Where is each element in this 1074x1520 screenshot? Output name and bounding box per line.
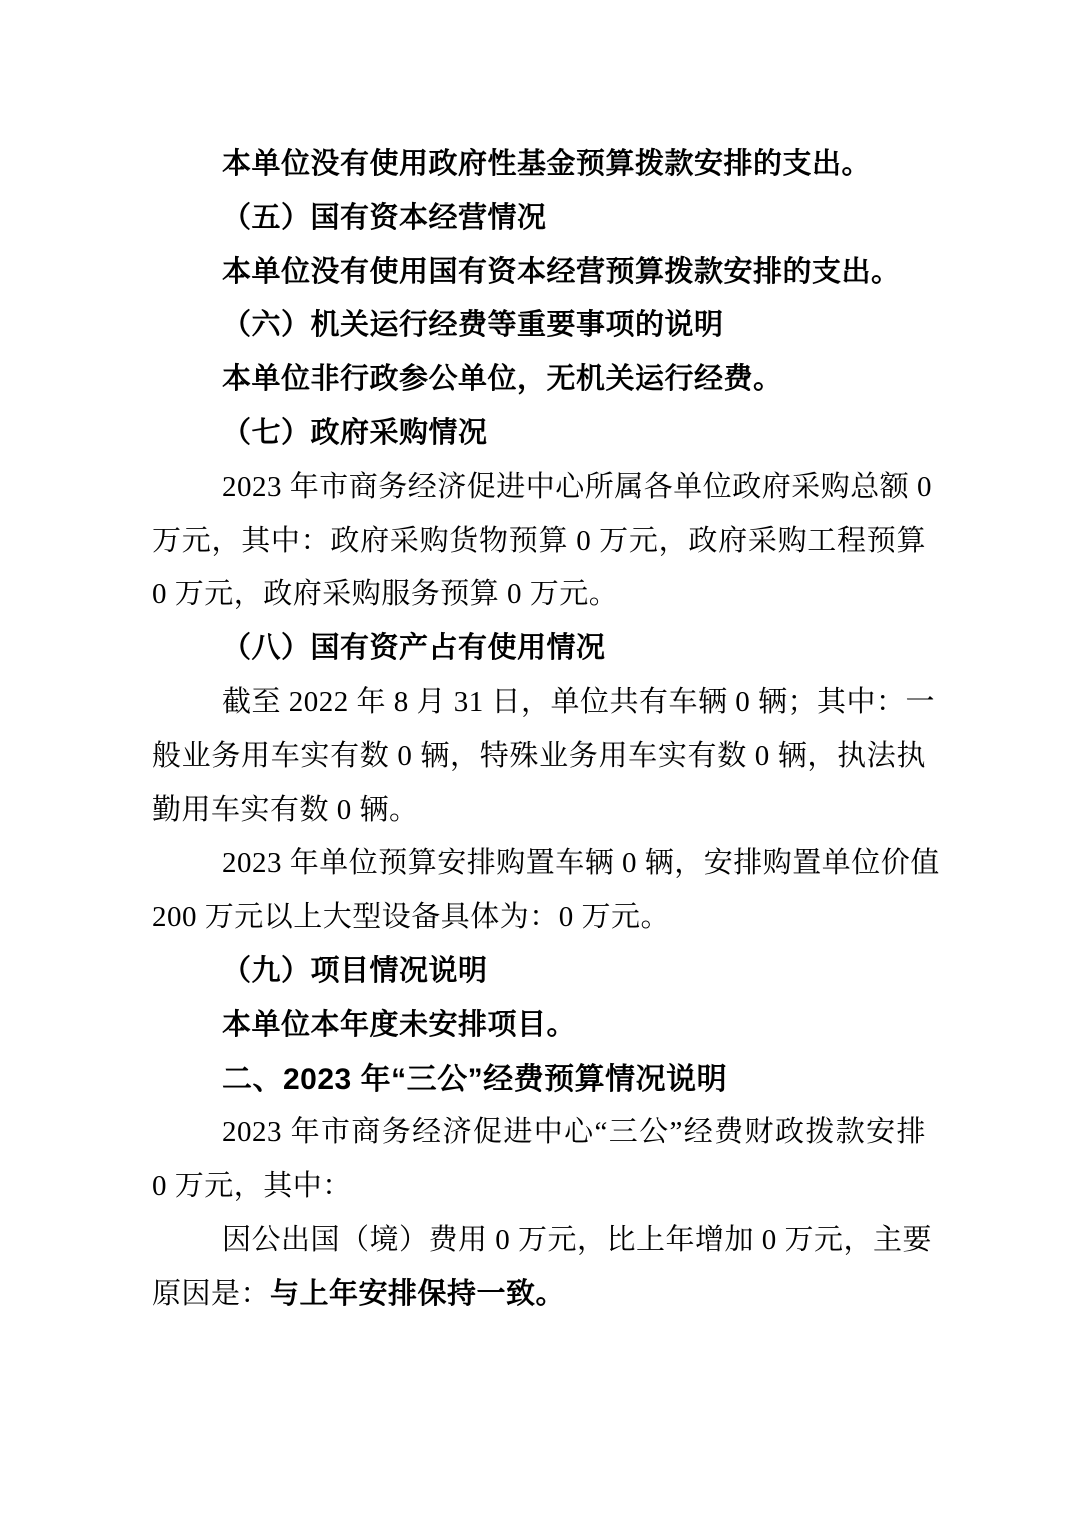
text-segment: 与上年安排保持一致。 [270,1278,565,1310]
text-line: 截至 2022 年 8 月 31 日，单位共有车辆 0 辆；其中：一 [152,676,926,730]
text-line: （七）政府采购情况 [152,407,926,461]
heading-section-seven-procurement: （七）政府采购情况 [152,407,926,461]
text-segment: 200 万元以上大型设备具体为：0 万元。 [152,901,670,933]
text-segment: （八）国有资产占有使用情况 [222,632,606,664]
text-segment: 因公出国（境）费用 0 万元，比上年增加 0 万元，主要 [222,1224,932,1256]
text-segment: 2023 年单位预算安排购置车辆 0 辆，安排购置单位价值 [222,847,940,879]
text-segment: 截至 2022 年 8 月 31 日，单位共有车辆 0 辆；其中：一 [222,686,935,718]
para-vehicle-budget: 2023 年单位预算安排购置车辆 0 辆，安排购置单位价值200 万元以上大型设… [152,837,926,945]
text-segment: 勤用车实有数 0 辆。 [152,794,419,826]
document-page: 本单位没有使用政府性基金预算拨款安排的支出。（五）国有资本经营情况本单位没有使用… [0,0,1074,1520]
text-line: 二、2023 年“三公”经费预算情况说明 [152,1053,926,1107]
heading-section-five-state-capital: （五）国有资本经营情况 [152,192,926,246]
text-segment: （六）机关运行经费等重要事项的说明 [222,309,724,341]
text-segment: 般业务用车实有数 0 辆，特殊业务用车实有数 0 辆，执法执 [152,740,926,772]
text-line: 本单位非行政参公单位，无机关运行经费。 [152,353,926,407]
heading-section-nine-projects: （九）项目情况说明 [152,945,926,999]
text-segment: 万元，其中：政府采购货物预算 0 万元，政府采购工程预算 [152,525,926,557]
text-line: 0 万元，其中： [152,1160,926,1214]
text-line: （九）项目情况说明 [152,945,926,999]
text-line: 勤用车实有数 0 辆。 [152,784,926,838]
text-line: 原因是：与上年安排保持一致。 [152,1268,926,1322]
text-line: （八）国有资产占有使用情况 [152,622,926,676]
heading-section-six-operating-funds: （六）机关运行经费等重要事项的说明 [152,299,926,353]
heading-three-public-funds: 二、2023 年“三公”经费预算情况说明 [152,1053,926,1107]
document-body: 本单位没有使用政府性基金预算拨款安排的支出。（五）国有资本经营情况本单位没有使用… [152,138,926,1322]
text-line: 2023 年市商务经济促进中心“三公”经费财政拨款安排 [152,1106,926,1160]
text-segment: （九）项目情况说明 [222,955,488,987]
text-line: 本单位本年度未安排项目。 [152,999,926,1053]
para-procurement-details: 2023 年市商务经济促进中心所属各单位政府采购总额 0万元，其中：政府采购货物… [152,461,926,622]
text-segment: 本单位没有使用国有资本经营预算拨款安排的支出。 [222,256,901,288]
text-line: 般业务用车实有数 0 辆，特殊业务用车实有数 0 辆，执法执 [152,730,926,784]
text-segment: 2023 年市商务经济促进中心所属各单位政府采购总额 0 [222,471,932,503]
text-segment: （七）政府采购情况 [222,417,488,449]
para-vehicle-status: 截至 2022 年 8 月 31 日，单位共有车辆 0 辆；其中：一般业务用车实… [152,676,926,837]
text-line: 本单位没有使用国有资本经营预算拨款安排的支出。 [152,246,926,300]
heading-section-eight-state-assets: （八）国有资产占有使用情况 [152,622,926,676]
text-line: 0 万元，政府采购服务预算 0 万元。 [152,568,926,622]
text-line: 2023 年单位预算安排购置车辆 0 辆，安排购置单位价值 [152,837,926,891]
text-line: 万元，其中：政府采购货物预算 0 万元，政府采购工程预算 [152,515,926,569]
text-segment: 原因是： [152,1278,270,1310]
para-no-operating-funds: 本单位非行政参公单位，无机关运行经费。 [152,353,926,407]
para-overseas-travel: 因公出国（境）费用 0 万元，比上年增加 0 万元，主要原因是：与上年安排保持一… [152,1214,926,1322]
text-line: 200 万元以上大型设备具体为：0 万元。 [152,891,926,945]
text-line: 2023 年市商务经济促进中心所属各单位政府采购总额 0 [152,461,926,515]
text-segment: 0 万元，政府采购服务预算 0 万元。 [152,578,618,610]
text-line: （五）国有资本经营情况 [152,192,926,246]
text-segment: 2023 年市商务经济促进中心“三公”经费财政拨款安排 [222,1116,926,1148]
text-segment: 0 万元，其中： [152,1170,352,1202]
para-no-projects: 本单位本年度未安排项目。 [152,999,926,1053]
text-line: （六）机关运行经费等重要事项的说明 [152,299,926,353]
text-segment: 本单位没有使用政府性基金预算拨款安排的支出。 [222,148,871,180]
text-segment: 本单位非行政参公单位，无机关运行经费。 [222,363,783,395]
text-segment: 本单位本年度未安排项目。 [222,1009,576,1041]
text-line: 因公出国（境）费用 0 万元，比上年增加 0 万元，主要 [152,1214,926,1268]
text-segment: （五）国有资本经营情况 [222,202,547,234]
text-segment: 二、2023 年“三公”经费预算情况说明 [222,1063,727,1096]
para-three-public-total: 2023 年市商务经济促进中心“三公”经费财政拨款安排0 万元，其中： [152,1106,926,1214]
para-no-gov-fund-expenditure: 本单位没有使用政府性基金预算拨款安排的支出。 [152,138,926,192]
text-line: 本单位没有使用政府性基金预算拨款安排的支出。 [152,138,926,192]
para-no-state-capital-expenditure: 本单位没有使用国有资本经营预算拨款安排的支出。 [152,246,926,300]
